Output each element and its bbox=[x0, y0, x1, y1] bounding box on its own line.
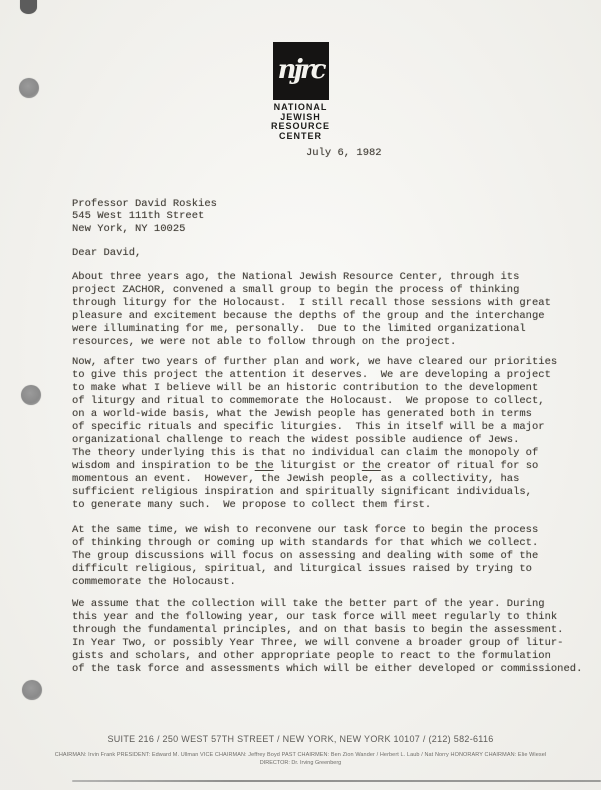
recipient-address: Professor David Roskies 545 West 111th S… bbox=[72, 198, 217, 235]
salutation: Dear David, bbox=[72, 247, 141, 260]
org-name-line: CENTER bbox=[0, 132, 601, 142]
njrc-monogram: njrc bbox=[278, 55, 324, 85]
letter-date: July 6, 1982 bbox=[306, 147, 382, 160]
letter-paragraph: About three years ago, the National Jewi… bbox=[72, 271, 594, 349]
hole-punch-icon bbox=[22, 680, 42, 700]
scanned-letter-page: njrc NATIONAL JEWISH RESOURCE CENTER Jul… bbox=[0, 0, 601, 790]
hole-punch-icon bbox=[21, 385, 41, 405]
scan-mark-top-icon bbox=[20, 0, 37, 14]
footer-officers: CHAIRMAN: Irvin Frank PRESIDENT: Edward … bbox=[10, 752, 591, 758]
letter-paragraph: We assume that the collection will take … bbox=[72, 598, 594, 676]
letter-paragraph: At the same time, we wish to reconvene o… bbox=[72, 524, 594, 589]
page-bottom-edge bbox=[72, 780, 601, 782]
footer-address: SUITE 216 / 250 WEST 57TH STREET / NEW Y… bbox=[0, 734, 601, 744]
njrc-logo: njrc bbox=[273, 42, 329, 100]
letterhead: njrc NATIONAL JEWISH RESOURCE CENTER bbox=[0, 42, 601, 141]
org-name: NATIONAL JEWISH RESOURCE CENTER bbox=[0, 103, 601, 141]
footer-director: DIRECTOR: Dr. Irving Greenberg bbox=[0, 760, 601, 766]
letter-paragraph: Now, after two years of further plan and… bbox=[72, 356, 594, 512]
